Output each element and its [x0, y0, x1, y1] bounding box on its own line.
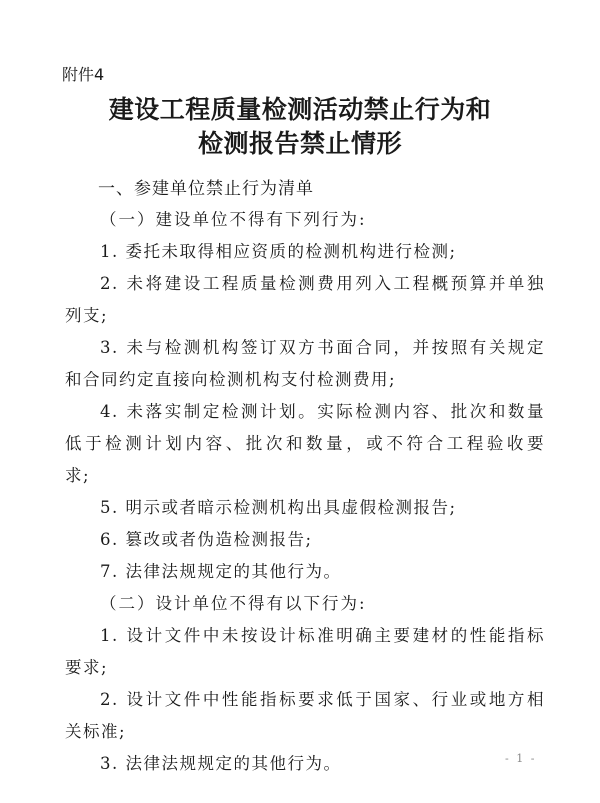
list-item: 4. 未落实制定检测计划。实际检测内容、批次和数量	[100, 398, 545, 422]
list-item: 7. 法律法规规定的其他行为。	[100, 558, 342, 582]
list-item-continuation: 低于检测计划内容、批次和数量，或不符合工程验收要	[65, 430, 545, 454]
attachment-label: 附件4	[62, 62, 104, 85]
list-item: 1. 设计文件中未按设计标准明确主要建材的性能指标	[100, 622, 545, 646]
list-item-continuation: 和合同约定直接向检测机构支付检测费用;	[65, 366, 396, 390]
list-item-continuation: 关标准;	[65, 718, 126, 742]
list-item: 1. 委托未取得相应资质的检测机构进行检测;	[100, 238, 457, 262]
list-item-continuation: 要求;	[65, 654, 108, 678]
subsection-heading-design: （二）设计单位不得有以下行为:	[100, 590, 367, 614]
page-number: - 1 -	[505, 752, 536, 765]
subsection-heading-construction: （一）建设单位不得有下列行为:	[100, 206, 367, 230]
list-item: 5. 明示或者暗示检测机构出具虚假检测报告;	[100, 494, 457, 518]
list-item: 2. 未将建设工程质量检测费用列入工程概预算并单独	[100, 270, 545, 294]
list-item: 3. 未与检测机构签订双方书面合同，并按照有关规定	[100, 334, 545, 358]
list-item: 3. 法律法规规定的其他行为。	[100, 750, 342, 774]
list-item: 2. 设计文件中性能指标要求低于国家、行业或地方相	[100, 686, 545, 710]
list-item-continuation: 列支;	[65, 302, 108, 326]
document-title-line-1: 建设工程质量检测活动禁止行为和	[0, 90, 600, 126]
section-heading: 一、参建单位禁止行为清单	[98, 174, 314, 199]
document-title-line-2: 检测报告禁止情形	[0, 124, 600, 160]
list-item-continuation: 求;	[65, 462, 90, 486]
list-item: 6. 篡改或者伪造检测报告;	[100, 526, 313, 550]
